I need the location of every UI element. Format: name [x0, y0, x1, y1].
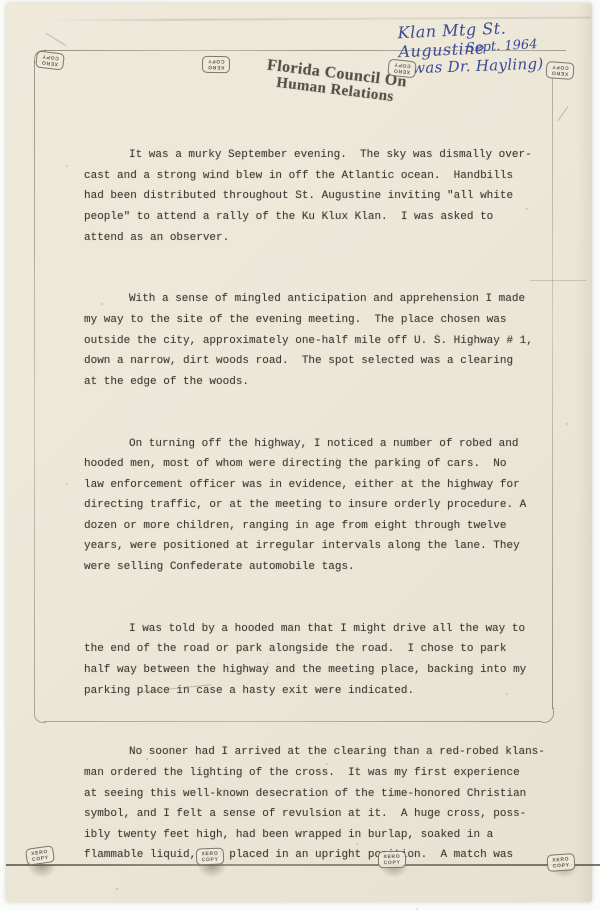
page-outline-corner-bottom-left	[34, 709, 46, 723]
typed-paragraph-4: I was told by a hooded man that I might …	[84, 619, 558, 701]
page-outline-left	[34, 61, 35, 709]
typed-paragraph-3: On turning off the highway, I noticed a …	[84, 434, 558, 578]
document-page: Klan Mtg St. Augustine Sept. 1964 (was D…	[6, 3, 592, 902]
xerox-copy-stamp: XERO COPY	[25, 845, 55, 866]
copy-edge-line	[6, 864, 600, 866]
paper-speckles	[6, 3, 8, 5]
xerox-copy-stamp: XERO COPY	[546, 853, 575, 872]
paper-edge-shading	[576, 3, 592, 902]
typed-paragraph-5: No sooner had I arrived at the clearing …	[84, 742, 558, 866]
stamp-smudge	[194, 865, 230, 882]
handwritten-note-line3: (was Dr. Hayling)	[406, 55, 544, 78]
stamp-smudge	[24, 865, 60, 882]
xerox-copy-stamp: XERO COPY	[545, 61, 574, 80]
xerox-stamp-line2: COPY	[203, 58, 229, 64]
xerox-stamp-line1: XERO	[203, 64, 229, 70]
typed-paragraph-2: With a sense of mingled anticipation and…	[84, 289, 558, 392]
xerox-copy-stamp: XERO COPY	[387, 59, 417, 79]
xerox-stamp-line2: COPY	[379, 860, 405, 866]
scanned-document-screen: Klan Mtg St. Augustine Sept. 1964 (was D…	[0, 0, 600, 910]
xerox-copy-stamp: XERO COPY	[378, 851, 406, 868]
xerox-stamp-line2: COPY	[197, 857, 223, 864]
stray-scratch	[530, 280, 586, 281]
xerox-copy-stamp: XERO COPY	[202, 56, 230, 73]
stray-scratch	[557, 106, 568, 121]
typed-body: It was a murky September evening. The sk…	[84, 104, 558, 907]
xerox-copy-stamp: XERO COPY	[35, 50, 65, 70]
stray-scratch	[46, 33, 67, 47]
typed-paragraph-1: It was a murky September evening. The sk…	[84, 145, 558, 248]
xerox-copy-stamp: XERO COPY	[196, 848, 225, 866]
xerox-stamp-line2: COPY	[548, 862, 574, 870]
